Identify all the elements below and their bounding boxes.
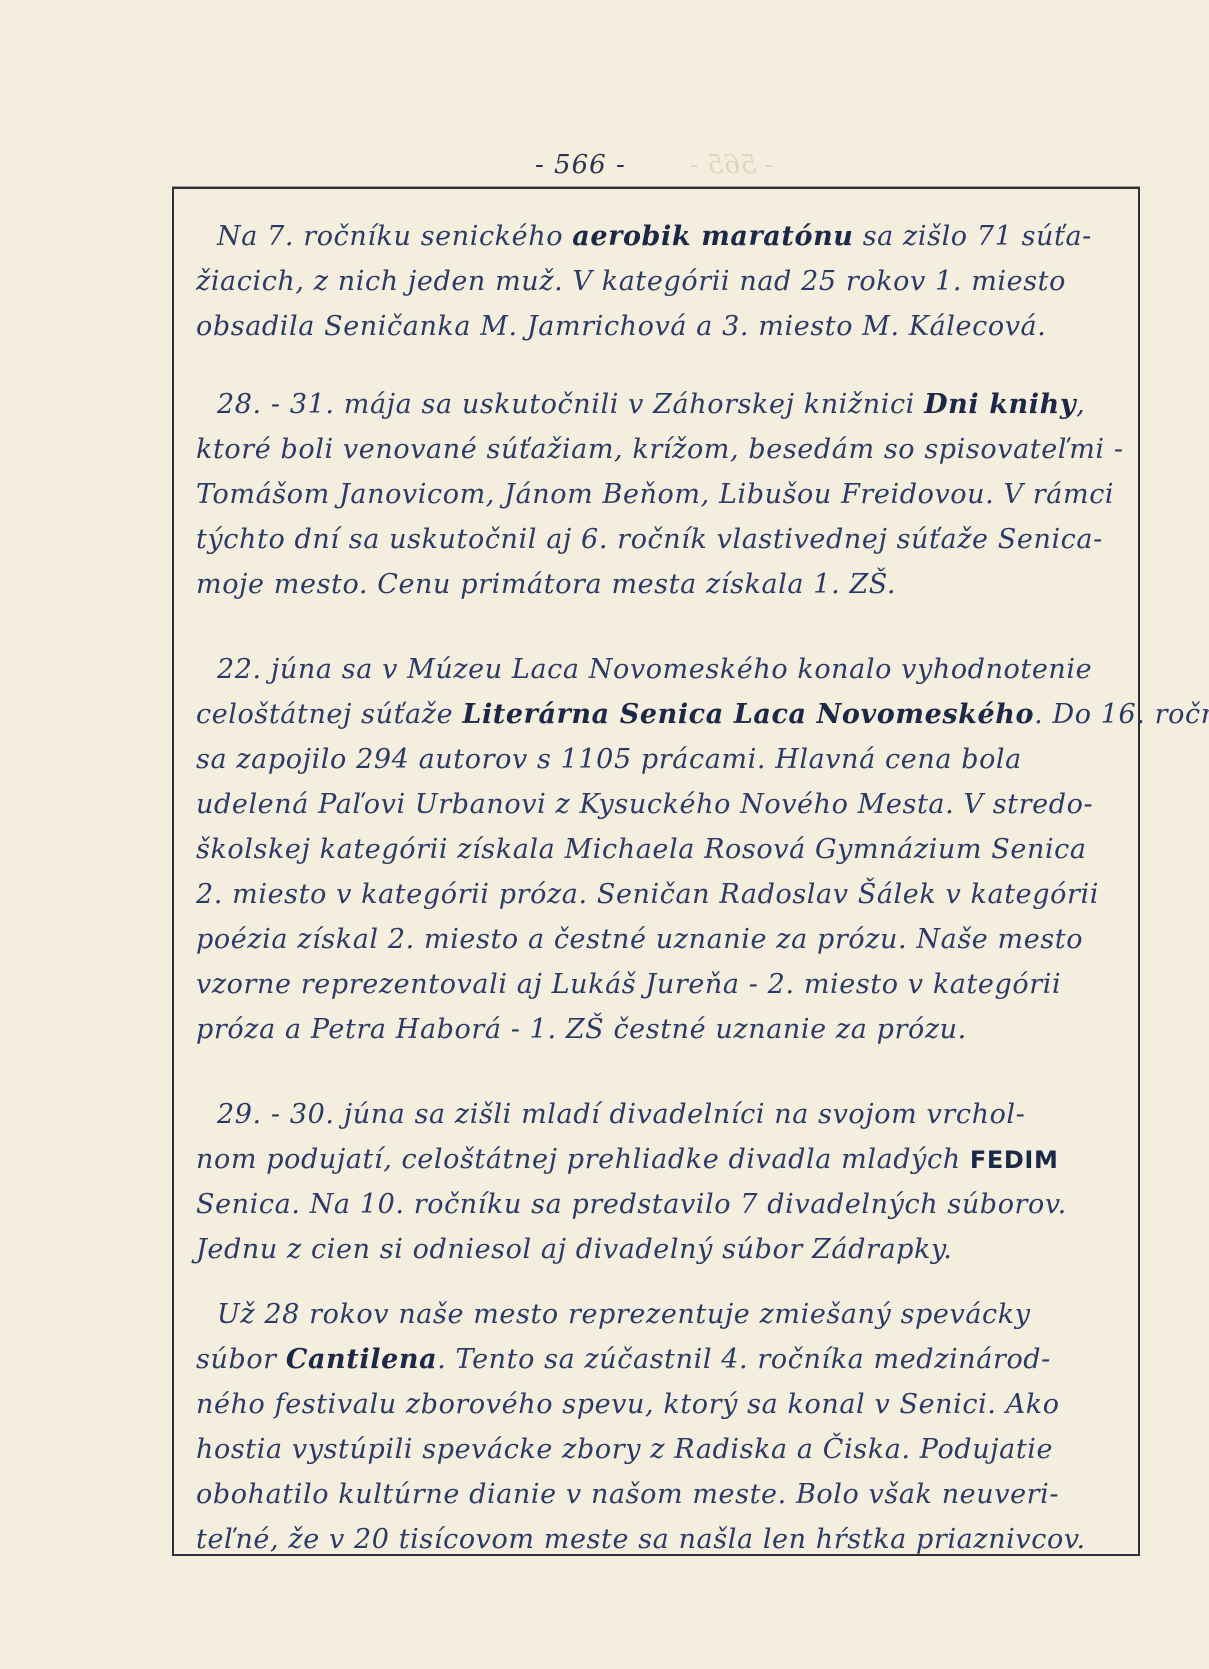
text-line: poézia získal 2. miesto a čestné uznanie… [174, 920, 1138, 960]
text-line: ktoré boli venované súťažiam, krížom, be… [174, 430, 1138, 470]
text-line: próza a Petra Haborá - 1. ZŠ čestné uzna… [174, 1010, 1138, 1050]
text-line: Tomášom Janovicom, Jánom Beňom, Libušou … [174, 475, 1138, 515]
text-line: teľné, že v 20 tisícovom meste sa našla … [174, 1520, 1138, 1560]
text-line: žiacich, z nich jeden muž. V kategórii n… [174, 262, 1138, 302]
text-line: moje mesto. Cenu primátora mesta získala… [174, 565, 1138, 605]
text-line: celoštátnej súťaže Literárna Senica Laca… [174, 695, 1138, 735]
text-line: týchto dní sa uskutočnil aj 6. ročník vl… [174, 520, 1138, 560]
text-frame: Na 7. ročníku senického aerobik maratónu… [172, 187, 1140, 1556]
text-line: vzorne reprezentovali aj Lukáš Jureňa - … [174, 965, 1138, 1005]
text-line: 2. miesto v kategórii próza. Seničan Rad… [174, 875, 1138, 915]
text-line: obohatilo kultúrne dianie v našom meste.… [174, 1475, 1138, 1515]
text-line: Už 28 rokov naše mesto reprezentuje zmie… [174, 1295, 1138, 1335]
text-line: hostia vystúpili spevácke zbory z Radisk… [174, 1430, 1138, 1470]
text-line: sa zapojilo 294 autorov s 1105 prácami. … [174, 740, 1138, 780]
bleed-through-page-number: - 565 - [690, 150, 774, 180]
text-line: Na 7. ročníku senického aerobik maratónu… [174, 217, 1138, 257]
text-line: ného festivalu zborového spevu, ktorý sa… [174, 1385, 1138, 1425]
text-line: Jednu z cien si odniesol aj divadelný sú… [174, 1230, 1138, 1270]
text-line: udelená Paľovi Urbanovi z Kysuckého Nové… [174, 785, 1138, 825]
page-number: - 566 - [535, 150, 626, 180]
text-line: súbor Cantilena. Tento sa zúčastnil 4. r… [174, 1340, 1138, 1380]
text-line: nom podujatí, celoštátnej prehliadke div… [174, 1140, 1138, 1180]
text-line: obsadila Seničanka M. Jamrichová a 3. mi… [174, 307, 1138, 347]
text-line: Senica. Na 10. ročníku sa predstavilo 7 … [174, 1185, 1138, 1225]
text-line: 28. - 31. mája sa uskutočnili v Záhorske… [174, 385, 1138, 425]
text-line: školskej kategórii získala Michaela Roso… [174, 830, 1138, 870]
text-line: 22. júna sa v Múzeu Laca Novomeského kon… [174, 650, 1138, 690]
text-line: 29. - 30. júna sa zišli mladí divadelníc… [174, 1095, 1138, 1135]
